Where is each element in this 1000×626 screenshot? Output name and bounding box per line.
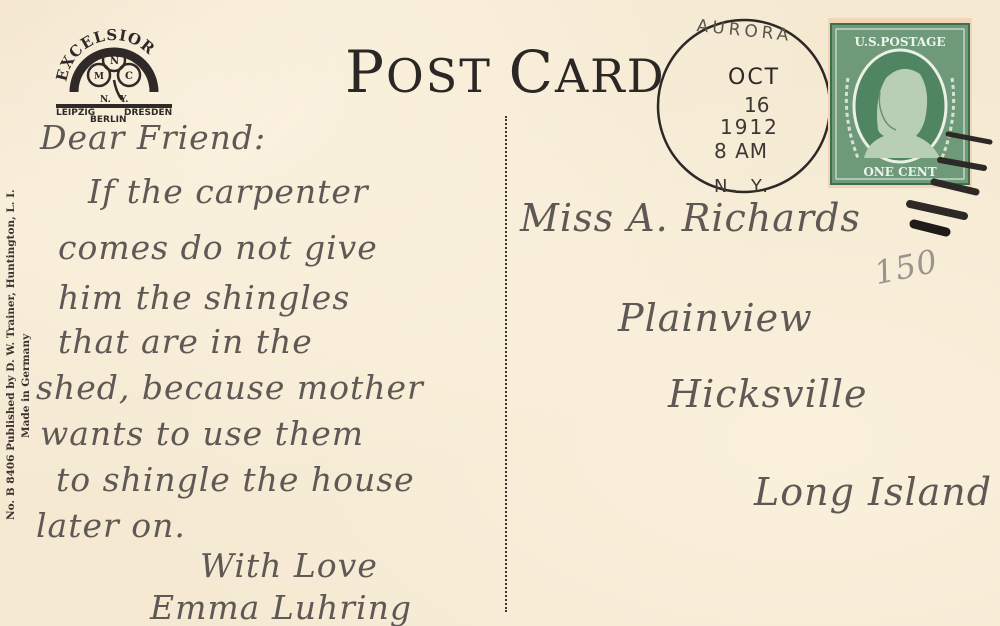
address-line-4: Long Island <box>754 470 992 514</box>
message-line: comes do not give <box>58 228 378 267</box>
imprint-line-1: No. B 8406 Published by D. W. Trainer, H… <box>4 100 19 520</box>
address-line-2: Plainview <box>618 296 813 340</box>
title-initial-c: C <box>509 38 555 106</box>
shamrock-icon: EXCELSIOR N M C N. Y. LEIPZIG DRESDEN BE… <box>52 22 176 122</box>
address-line-3: Hicksville <box>668 372 868 416</box>
address-name: Miss A. Richards <box>520 196 861 240</box>
message-line: wants to use them <box>40 414 364 453</box>
message-line: later on. <box>36 506 186 545</box>
imprint-line-2: Made in Germany <box>19 100 34 520</box>
message-line: that are in the <box>58 322 313 361</box>
message-signature: Emma Luhring <box>150 588 412 626</box>
address-divider <box>505 116 507 612</box>
svg-text:N.: N. <box>100 95 111 105</box>
postmark-time: 8 AM <box>714 139 768 163</box>
svg-text:M: M <box>94 72 104 82</box>
pencil-note: 150 <box>871 242 942 292</box>
postmark-state: N. Y. <box>714 176 772 197</box>
svg-text:N: N <box>110 56 119 67</box>
message-line: If the carpenter <box>88 172 369 211</box>
message-line: shed, because mother <box>36 368 424 407</box>
svg-text:C: C <box>125 71 133 82</box>
publisher-imprint: No. B 8406 Published by D. W. Trainer, H… <box>4 100 34 520</box>
postmark-town: AURORA <box>696 16 794 46</box>
postmark-month: OCT <box>728 65 780 90</box>
message-line: him the shingles <box>58 278 350 317</box>
title-initial-p: P <box>345 38 386 106</box>
postmark-day: 16 <box>744 93 769 117</box>
postmark-year: 1912 <box>720 115 779 139</box>
postmark: AURORA OCT 16 1912 8 AM N. Y. <box>650 2 832 210</box>
svg-text:DRESDEN: DRESDEN <box>124 108 172 118</box>
cancellation-bars <box>900 120 1000 250</box>
message-closing: With Love <box>200 546 378 585</box>
post-card-title: POST CARD <box>345 38 666 106</box>
message-line: to shingle the house <box>56 460 415 499</box>
publisher-logo: EXCELSIOR N M C N. Y. LEIPZIG DRESDEN BE… <box>52 22 176 122</box>
svg-text:Y.: Y. <box>119 95 128 105</box>
message-greeting: Dear Friend: <box>40 118 266 157</box>
stamp-top-label: U.S.POSTAGE <box>854 35 945 49</box>
title-ost: OST <box>386 49 509 103</box>
